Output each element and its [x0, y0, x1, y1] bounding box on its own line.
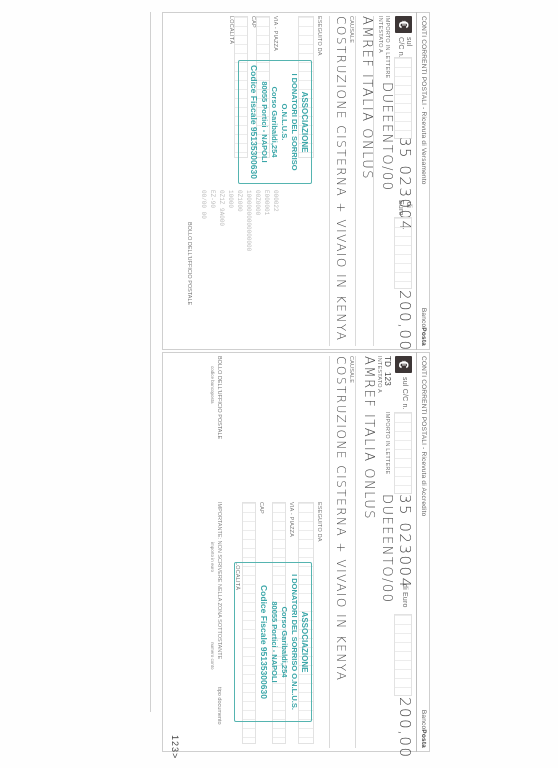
- amount-boxes: [394, 614, 412, 696]
- cap-label: CAP: [258, 502, 264, 514]
- header-title: CONTI CORRENTI POSTALI - Ricevuta di Acc…: [420, 356, 427, 516]
- scanned-page: CONTI CORRENTI POSTALI - Ricevuta di Ver…: [0, 0, 558, 768]
- bancoposta-logo: BancoPosta: [420, 308, 427, 346]
- euro-icon: €: [395, 16, 412, 33]
- currency-label-di: di: [405, 202, 412, 208]
- amount-words-value: DUEEENTO/00: [379, 494, 394, 604]
- page-number: 123>: [170, 735, 180, 759]
- stamp-line: I DONATORI DEL SORRISO O.N.L.U.S.: [289, 567, 299, 717]
- causale-label: CAUSALE: [348, 16, 354, 43]
- td-label: TD: [383, 356, 392, 367]
- currency-label: di Euro: [401, 584, 408, 608]
- association-stamp: ASSOCIAZIONE I DONATORI DEL SORRISO O.N.…: [238, 60, 312, 184]
- currency-label-euro: Euro: [397, 200, 404, 216]
- beneficiary-value: AMREF ITALIA ONLUS: [361, 356, 376, 520]
- amount-words-label: IMPORTO IN LETTERE: [384, 412, 390, 474]
- causale-label: CAUSALE: [348, 356, 354, 383]
- account-number-boxes: [394, 412, 412, 494]
- stamp-line: Codice Fiscale 95135300630: [259, 567, 269, 717]
- note-sub-importo: importo in euro: [210, 542, 215, 572]
- eseguito-label: ESEGUITO DA: [316, 502, 322, 542]
- bollo-label: BOLLO DELL'UFFICIO POSTALE: [186, 222, 192, 305]
- bancoposta-logo: BancoPosta: [420, 710, 427, 748]
- account-label: sul C/C n.: [401, 377, 408, 410]
- receipt-header: CONTI CORRENTI POSTALI - Ricevuta di Ver…: [416, 12, 430, 350]
- causale-value: COSTRUZIONE CISTERNA + VIVAIO IN KENYA: [334, 16, 348, 341]
- stamp-line: Corso Garibaldi,254: [279, 567, 289, 717]
- divider: [329, 16, 330, 346]
- amount-words-label: IMPORTO IN LETTERE: [384, 16, 390, 78]
- account-number-value: 35 023004: [396, 494, 414, 589]
- stamp-line: Corso Garibaldi,254: [269, 65, 279, 179]
- bollo-sub-label: codice bancoposta: [210, 366, 215, 404]
- localita-label: LOCALITÀ: [228, 16, 234, 44]
- tipo-documento-label: tipo documento: [216, 687, 222, 725]
- receipt-header: CONTI CORRENTI POSTALI - Ricevuta di Acc…: [416, 352, 430, 752]
- note-sub-conto: numero conto: [210, 642, 215, 670]
- eseguito-label: ESEGUITO DA: [316, 16, 322, 56]
- causale-value: COSTRUZIONE CISTERNA + VIVAIO IN KENYA: [334, 356, 348, 681]
- header-title: CONTI CORRENTI POSTALI - Ricevuta di Ver…: [420, 16, 427, 185]
- divider: [355, 356, 356, 748]
- stamp-line: 80055 Portici - NAPOLI: [259, 65, 269, 179]
- intestato-label: INTESTATO A: [377, 16, 383, 53]
- amount-words-value: DUEEENTO/00: [379, 82, 394, 192]
- stamp-line: ASSOCIAZIONE: [299, 65, 309, 179]
- amount-boxes: [394, 217, 412, 289]
- intestato-label: INTESTATO A: [376, 356, 382, 393]
- td-value: 123: [383, 372, 392, 386]
- account-label-sul: sul: [405, 37, 412, 47]
- cap-label: CAP: [250, 16, 256, 28]
- stamp-line: ASSOCIAZIONE: [299, 567, 309, 717]
- stamp-line: I DONATORI DEL SORRISO O.N.L.U.S.: [279, 65, 299, 179]
- euro-icon: €: [395, 356, 412, 373]
- divider: [329, 356, 330, 748]
- association-stamp: ASSOCIAZIONE I DONATORI DEL SORRISO O.N.…: [234, 562, 312, 722]
- beneficiary-value: AMREF ITALIA ONLUS: [359, 16, 374, 180]
- stamp-line: 80055 Portici - NAPOLI: [269, 567, 279, 717]
- amount-value: 200,00: [396, 697, 414, 759]
- amount-value: 200,00: [396, 290, 414, 352]
- important-note: IMPORTANTE: NON SCRIVERE NELLA ZONA SOTT…: [216, 502, 222, 659]
- via-label: VIA - PIAZZA: [288, 502, 294, 537]
- fold-line: [150, 12, 151, 712]
- account-label-cc: C/C n.: [397, 37, 404, 58]
- faint-print-block: 000022 E000001 00Z0000 10000000000000000…: [199, 190, 280, 251]
- receipt-versamento: CONTI CORRENTI POSTALI - Ricevuta di Ver…: [162, 12, 430, 350]
- stamp-line: Codice Fiscale 95135300630: [249, 65, 259, 179]
- receipt-accredito: CONTI CORRENTI POSTALI - Ricevuta di Acc…: [162, 352, 430, 752]
- bollo-label: BOLLO DELL'UFFICIO POSTALE: [216, 356, 222, 439]
- via-label: VIA - PIAZZA: [272, 16, 278, 51]
- divider: [355, 16, 356, 346]
- account-number-boxes: [394, 57, 412, 139]
